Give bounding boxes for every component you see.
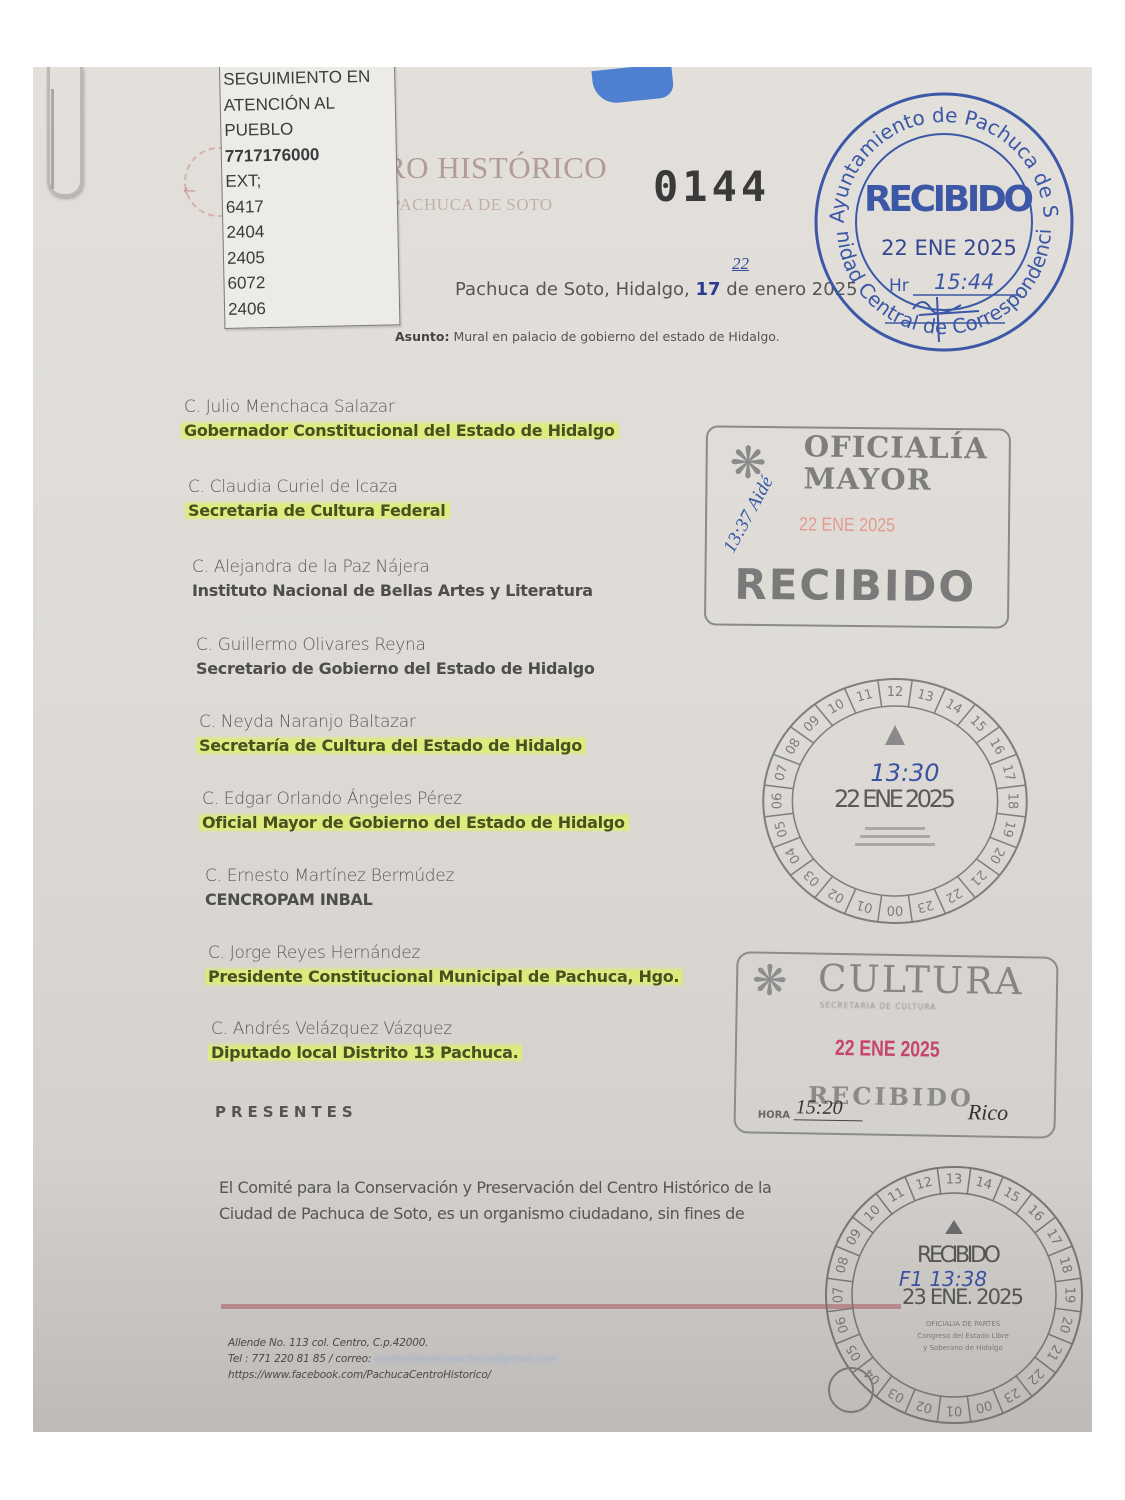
note-extension: 2404 (223, 217, 374, 246)
svg-text:03: 03 (801, 867, 823, 889)
svg-text:23: 23 (1001, 1384, 1023, 1405)
om-title-line2: MAYOR (803, 462, 987, 496)
svg-text:17: 17 (999, 763, 1018, 783)
stamp-oficialia-mayor: ❋ OFICIALÍA MAYOR 22 ENE 2025 RECIBIDO 1… (704, 425, 1011, 628)
recipient: C. Andrés Velázquez Vázquez Diputado loc… (211, 1019, 522, 1063)
cultura-title: CULTURA (818, 957, 1024, 1004)
recipient: C. Edgar Orlando Ángeles Pérez Oficial M… (202, 789, 629, 833)
letterhead-subtitle: PACHUCA DE SOTO (391, 195, 553, 215)
svg-text:15: 15 (1001, 1185, 1023, 1206)
subject-text: Mural en palacio de gobierno del estado … (449, 329, 779, 344)
cultura-signature: Rico (968, 1099, 1009, 1126)
svg-text:23: 23 (915, 896, 935, 915)
recipient: C. Jorge Reyes Hernández Presidente Cons… (208, 943, 683, 987)
svg-text:13: 13 (946, 1173, 963, 1188)
svg-text:15:44: 15:44 (934, 270, 995, 294)
recipient-name: C. Jorge Reyes Hernández (208, 943, 683, 963)
svg-text:05: 05 (844, 1342, 865, 1364)
svg-text:06: 06 (834, 1315, 853, 1335)
stamp-congreso-clock: 0001020304050607080910111213141516171819… (821, 1162, 1087, 1428)
recipient-title: CENCROPAM INBAL (202, 889, 376, 910)
svg-text:RECIBIDO: RECIBIDO (917, 1243, 1001, 1268)
date-day-crossed: 17 (696, 279, 721, 300)
svg-text:14: 14 (943, 696, 965, 717)
cultura-hour-label: HORA (758, 1110, 790, 1122)
svg-text:21: 21 (1043, 1342, 1064, 1364)
recipient-title: Instituto Nacional de Bellas Artes y Lit… (189, 580, 597, 601)
recipient: C. Neyda Naranjo Baltazar Secretaría de … (199, 712, 586, 756)
stamp-cultura: ❋ CULTURA SECRETARÍA DE CULTURA 22 ENE 2… (733, 951, 1058, 1139)
sticky-note-lines: SEGUIMIENTO EN ATENCIÓN AL PUEBLO 771717… (220, 67, 375, 322)
svg-text:Congreso del Estado Libre: Congreso del Estado Libre (917, 1332, 1009, 1340)
svg-text:13: 13 (915, 687, 935, 706)
svg-text:02: 02 (825, 884, 847, 905)
logo-arrow-icon: ← (183, 181, 196, 200)
svg-text:22 ENE 2025: 22 ENE 2025 (881, 236, 1017, 260)
note-phone: 7717176000 (222, 140, 373, 169)
recipient: C. Claudia Curiel de Icaza Secretaria de… (188, 477, 450, 521)
recipient-title: Secretaría de Cultura del Estado de Hida… (196, 735, 586, 756)
date-day-handwritten: 22 (732, 254, 749, 274)
salutation: PRESENTES (215, 1103, 358, 1121)
svg-text:RECIBIDO: RECIBIDO (864, 179, 1034, 220)
svg-text:13:30: 13:30 (870, 759, 939, 787)
svg-text:03: 03 (886, 1384, 908, 1405)
svg-text:22: 22 (1024, 1365, 1046, 1387)
note-line: PUEBLO (221, 115, 372, 144)
recipient-name: C. Guillermo Olivares Reyna (196, 635, 599, 655)
document-page: ← RO HISTÓRICO PACHUCA DE SOTO SEGUIMIEN… (33, 67, 1092, 1432)
cultura-logo-icon: ❋ (752, 955, 788, 1005)
subject-line: Asunto: Mural en palacio de gobierno del… (395, 329, 780, 344)
body-paragraph: El Comité para la Conservación y Preserv… (219, 1175, 919, 1227)
recipient-name: C. Edgar Orlando Ángeles Pérez (202, 789, 629, 809)
note-extension: 6072 (224, 268, 375, 297)
recipient-title: Secretario de Gobierno del Estado de Hid… (193, 658, 599, 679)
om-date: 22 ENE 2025 (799, 514, 895, 537)
svg-text:19: 19 (999, 819, 1018, 839)
svg-text:01: 01 (946, 1403, 963, 1418)
cultura-subtitle: SECRETARÍA DE CULTURA (820, 1001, 937, 1012)
svg-text:00: 00 (887, 902, 904, 917)
svg-text:10: 10 (862, 1203, 884, 1225)
note-line: SEGUIMIENTO EN (220, 67, 371, 92)
folio-number: 0144 (653, 162, 770, 211)
svg-text:00: 00 (974, 1397, 994, 1416)
svg-text:09: 09 (801, 713, 823, 735)
cultura-hour: 15:20 (794, 1096, 863, 1121)
svg-text:06: 06 (770, 793, 785, 810)
recipient-name: C. Alejandra de la Paz Nájera (192, 557, 597, 577)
svg-text:11: 11 (886, 1185, 908, 1206)
svg-text:y Soberano de Hidalgo: y Soberano de Hidalgo (923, 1344, 1003, 1352)
svg-text:18: 18 (1005, 793, 1020, 810)
sticky-note: SEGUIMIENTO EN ATENCIÓN AL PUEBLO 771717… (219, 67, 400, 329)
svg-text:11: 11 (855, 687, 875, 706)
svg-text:10: 10 (825, 696, 847, 717)
blue-tape (591, 67, 674, 105)
recipient: C. Guillermo Olivares Reyna Secretario d… (196, 635, 599, 679)
footer-contact: Tel : 771 220 81 85 / correo: centrohist… (228, 1351, 557, 1367)
svg-text:Hr: Hr (889, 276, 909, 296)
recipient-title: Presidente Constitucional Municipal de P… (205, 966, 683, 987)
om-title: OFICIALÍA MAYOR (803, 430, 988, 496)
footer-tel: Tel : 771 220 81 85 / correo: (228, 1353, 374, 1365)
svg-text:22 ENE 2025: 22 ENE 2025 (834, 785, 956, 813)
footer-divider (221, 1304, 901, 1309)
svg-text:23 ENE. 2025: 23 ENE. 2025 (902, 1285, 1024, 1309)
recipient-name: C. Julio Menchaca Salazar (184, 397, 619, 417)
svg-text:04: 04 (783, 844, 804, 866)
recipient-name: C. Ernesto Martínez Bermúdez (205, 866, 454, 886)
svg-text:08: 08 (783, 736, 804, 758)
paper-clip-wire (51, 89, 54, 189)
note-extension: 2406 (225, 293, 376, 322)
svg-text:17: 17 (1043, 1227, 1064, 1249)
svg-text:09: 09 (844, 1227, 865, 1249)
cultura-date: 22 ENE 2025 (835, 1035, 940, 1063)
footer-email-link[interactable]: centrohistoricopachuca@gmail.com (374, 1353, 556, 1365)
svg-text:OFICIALÍA DE PARTES: OFICIALÍA DE PARTES (926, 1319, 1001, 1328)
recipient-title: Secretaria de Cultura Federal (185, 500, 450, 521)
note-line: EXT; (222, 166, 373, 195)
stamp-ayuntamiento: H. Ayuntamiento de Pachuca de Soto Unida… (809, 87, 1079, 357)
svg-text:20: 20 (986, 844, 1007, 866)
date-line: Pachuca de Soto, Hidalgo, 17 de enero 20… (455, 279, 858, 300)
svg-text:08: 08 (834, 1255, 853, 1275)
svg-text:01: 01 (855, 896, 875, 915)
recipient-title: Oficial Mayor de Gobierno del Estado de … (199, 812, 629, 833)
note-extension: 6417 (223, 191, 374, 220)
note-line: ATENCIÓN AL (221, 89, 372, 118)
date-prefix: Pachuca de Soto, Hidalgo, (455, 279, 696, 300)
letterhead-title: RO HISTÓRICO (385, 150, 607, 186)
svg-text:05: 05 (772, 819, 791, 839)
svg-text:18: 18 (1056, 1255, 1075, 1275)
recipient-name: C. Neyda Naranjo Baltazar (199, 712, 586, 732)
body-line: El Comité para la Conservación y Preserv… (219, 1175, 919, 1201)
om-label: RECIBIDO (734, 560, 976, 612)
footer-facebook-link[interactable]: https://www.facebook.com/PachucaCentroHi… (228, 1367, 557, 1383)
body-line: Ciudad de Pachuca de Soto, es un organis… (219, 1201, 919, 1227)
svg-text:12: 12 (914, 1175, 934, 1194)
recipient-title: Diputado local Distrito 13 Pachuca. (208, 1042, 522, 1063)
svg-text:07: 07 (772, 763, 791, 783)
svg-text:16: 16 (1024, 1203, 1046, 1225)
subject-label: Asunto: (395, 329, 449, 344)
svg-text:22: 22 (943, 884, 965, 905)
svg-text:12: 12 (887, 685, 904, 700)
recipient-name: C. Claudia Curiel de Icaza (188, 477, 450, 497)
note-extension: 2405 (224, 242, 375, 271)
svg-text:19: 19 (1062, 1287, 1077, 1304)
recipient-name: C. Andrés Velázquez Vázquez (211, 1019, 522, 1039)
footer: Allende No. 113 col. Centro, C.p.42000. … (228, 1335, 557, 1383)
recipient: C. Julio Menchaca Salazar Gobernador Con… (184, 397, 619, 441)
footer-address: Allende No. 113 col. Centro, C.p.42000. (228, 1335, 557, 1351)
svg-text:15: 15 (967, 713, 989, 735)
recipient-title: Gobernador Constitucional del Estado de … (181, 420, 619, 441)
recipient: C. Ernesto Martínez Bermúdez CENCROPAM I… (205, 866, 454, 910)
svg-text:16: 16 (986, 736, 1007, 758)
om-title-line1: OFICIALÍA (804, 430, 988, 464)
recipient: C. Alejandra de la Paz Nájera Instituto … (192, 557, 597, 601)
svg-text:21: 21 (967, 867, 989, 889)
svg-text:07: 07 (832, 1287, 847, 1304)
svg-text:20: 20 (1056, 1315, 1075, 1335)
svg-text:14: 14 (974, 1175, 994, 1194)
svg-text:02: 02 (914, 1397, 934, 1416)
stamp-despacho-clock: 0001020304050607080910111213141516171819… (755, 677, 1035, 927)
